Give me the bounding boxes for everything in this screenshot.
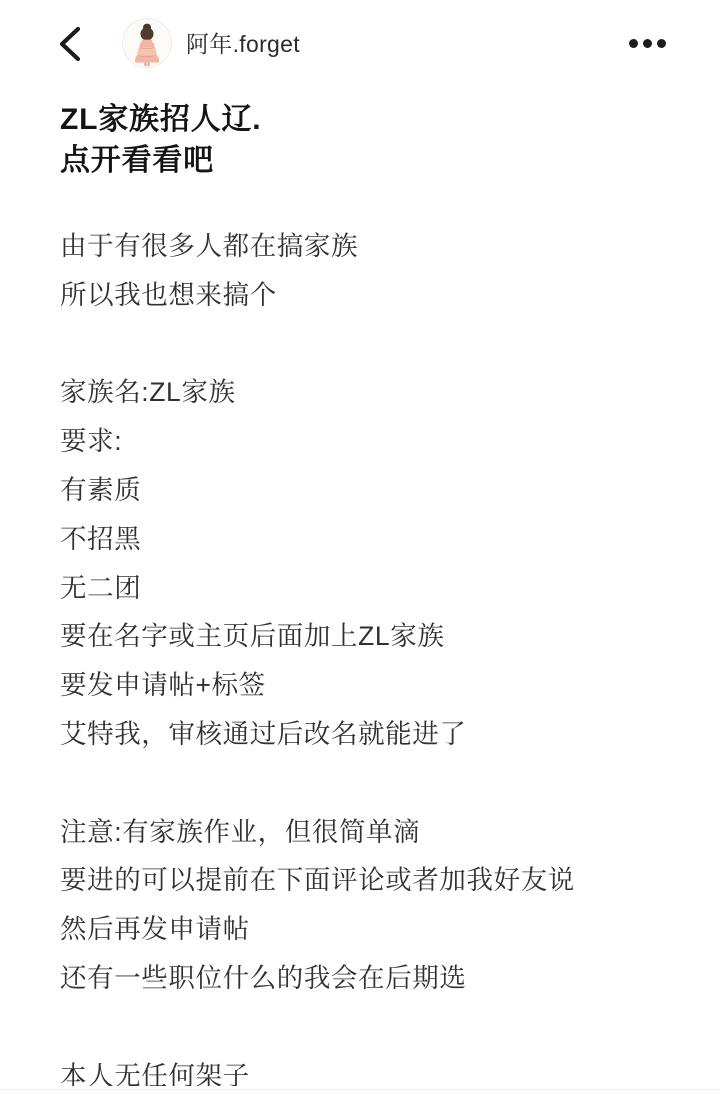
body-line: 要发申请帖+标签 — [60, 661, 700, 710]
post-header: 阿年.forget — [0, 0, 720, 86]
body-line: 要进的可以提前在下面评论或者加我好友说 — [60, 856, 700, 905]
body-line: 无二团 — [60, 564, 700, 613]
bottom-divider — [0, 1089, 720, 1090]
avatar[interactable] — [122, 18, 172, 68]
body-line: 所以我也想来搞个 — [60, 271, 700, 320]
body-line: 家族名:ZL家族 — [60, 368, 700, 417]
post-title: ZL家族招人辽. 点开看看吧 — [60, 99, 261, 181]
body-line: 注意:有家族作业，但很简单滴 — [60, 808, 700, 857]
ellipsis-dot-icon — [657, 39, 666, 48]
body-line-blank — [60, 759, 700, 808]
body-line: 还有一些职位什么的我会在后期选 — [60, 954, 700, 1003]
chevron-left-icon — [57, 25, 83, 68]
body-line: 不招黑 — [60, 515, 700, 564]
body-line-blank — [60, 320, 700, 369]
body-line: 要求: — [60, 417, 700, 466]
post-body: 由于有很多人都在搞家族 所以我也想来搞个 家族名:ZL家族 要求: 有素质 不招… — [60, 222, 700, 1086]
post-screen: 阿年.forget ZL家族招人辽. 点开看看吧 由于有很多人都在搞家族 所以我… — [0, 0, 720, 1098]
body-line: 由于有很多人都在搞家族 — [60, 222, 700, 271]
girl-avatar-image — [123, 54, 171, 68]
body-line: 艾特我，审核通过后改名就能进了 — [60, 710, 700, 759]
post-title-line1: ZL家族招人辽. — [60, 99, 261, 140]
body-line: 本人无任何架子 — [60, 1052, 700, 1086]
body-line: 要在名字或主页后面加上ZL家族 — [60, 612, 700, 661]
ellipsis-dot-icon — [629, 39, 638, 48]
username[interactable]: 阿年.forget — [186, 30, 300, 58]
back-button[interactable] — [50, 22, 90, 70]
post-title-line2: 点开看看吧 — [60, 140, 261, 181]
more-options-button[interactable] — [622, 30, 672, 56]
body-line: 然后再发申请帖 — [60, 905, 700, 954]
body-line: 有素质 — [60, 466, 700, 515]
body-line-blank — [60, 1003, 700, 1052]
ellipsis-dot-icon — [643, 39, 652, 48]
